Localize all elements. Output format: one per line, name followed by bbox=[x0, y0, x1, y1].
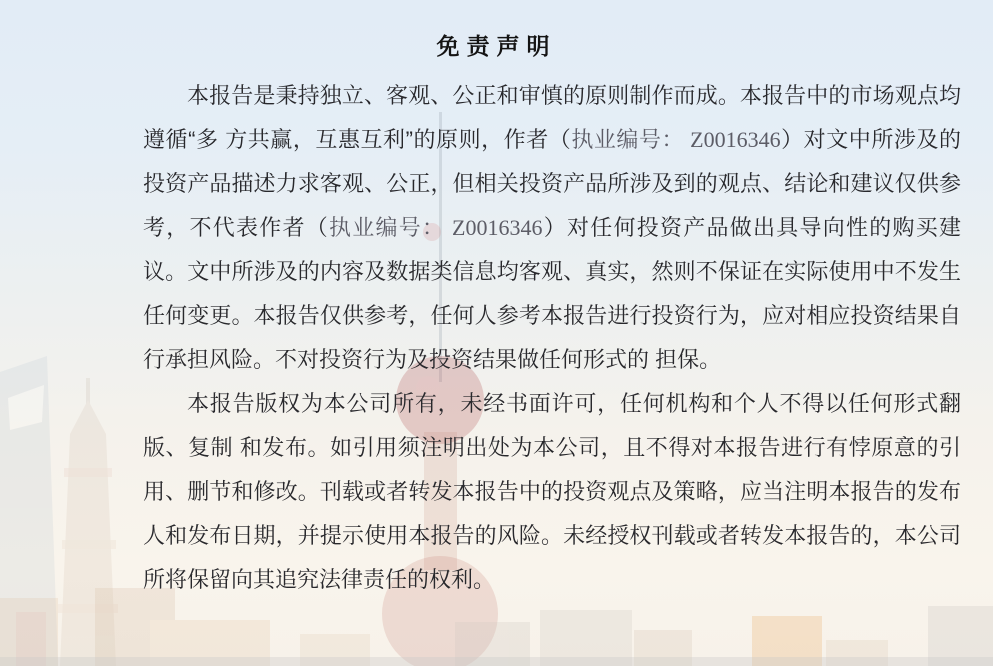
photo-bottom-edge bbox=[0, 657, 993, 666]
swfc-building-icon bbox=[0, 356, 58, 666]
license-number: 执业编号： Z0016346 bbox=[329, 215, 542, 240]
disclaimer-paragraph-1: 本报告是秉持独立、客观、公正和审慎的原则制作而成。本报告中的市场观点均遵循“多 … bbox=[143, 74, 961, 382]
disclaimer-paragraph-2: 本报告版权为本公司所有，未经书面许可，任何机构和个人不得以任何形式翻版、复制 和… bbox=[143, 382, 961, 602]
license-number: 执业编号： Z0016346 bbox=[571, 127, 780, 152]
page-title: 免责声明 bbox=[0, 28, 993, 61]
jinmao-tower-icon bbox=[58, 378, 118, 666]
disclaimer-page: 免责声明 本报告是秉持独立、客观、公正和审慎的原则制作而成。本报告中的市场观点均… bbox=[0, 0, 993, 666]
disclaimer-body: 本报告是秉持独立、客观、公正和审慎的原则制作而成。本报告中的市场观点均遵循“多 … bbox=[143, 74, 961, 602]
paragraph-text: 本报告版权为本公司所有，未经书面许可，任何机构和个人不得以任何形式翻版、复制 和… bbox=[143, 391, 961, 592]
